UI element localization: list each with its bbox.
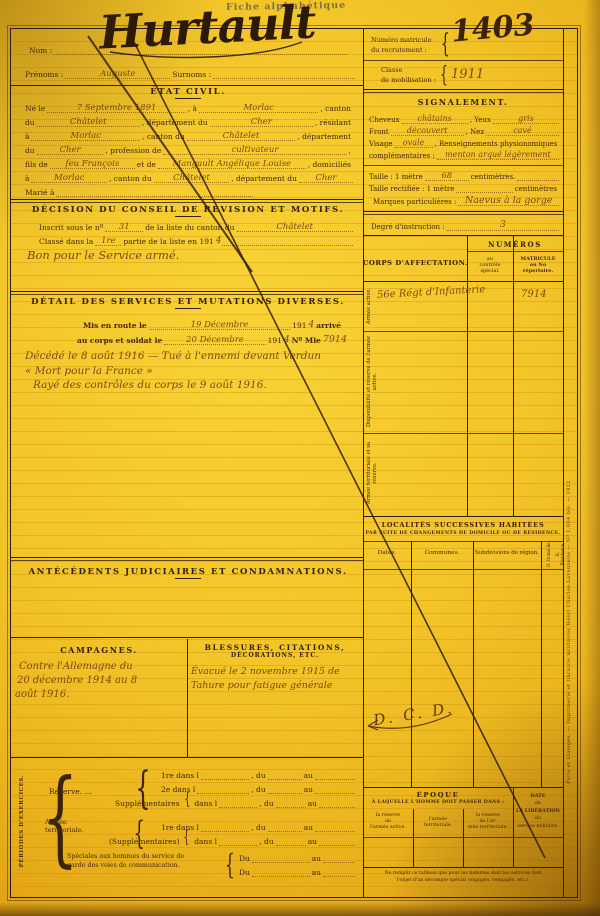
au-label: au <box>302 823 315 832</box>
du-label: , du <box>257 837 275 846</box>
divider <box>11 291 363 292</box>
right-column: Numéro matricule du recrutement : { 1403… <box>363 29 563 897</box>
divider <box>11 202 363 203</box>
taille2-line <box>456 192 512 193</box>
r1-label: 1re dans l <box>159 771 201 780</box>
visage-label: Visage <box>367 140 395 148</box>
prenoms-value: Auguste <box>65 70 170 80</box>
classe-label-2: de mobilisation : <box>381 76 436 86</box>
t2-line <box>219 845 257 846</box>
etat-civil-section: ÉTAT CIVIL. Né le 7 Septembre 1891 , à M… <box>23 87 353 197</box>
front-row: Front découvert , Nez cavé <box>367 125 559 136</box>
antecedents-section: ANTÉCÉDENTS JUDICIAIRES ET CONDAMNATIONS… <box>23 567 353 579</box>
r1-du-line <box>268 779 302 780</box>
communes-header: Communes. <box>411 550 473 557</box>
route-line: Mis en route le 19 Décembre 191 4 arrivé <box>81 315 343 330</box>
decision-line2: Classé dans la 1re partie de la liste en… <box>37 232 353 246</box>
campagne-entry-1: Contre l'Allemagne du <box>19 662 187 672</box>
residence-commune: Morlac <box>31 132 140 142</box>
surname-signature: Hurtault <box>98 0 316 56</box>
r2-line <box>197 793 249 794</box>
matricule-number: 1403 <box>450 10 536 47</box>
ec-l6-p2: , canton du <box>107 174 154 183</box>
route-label: Mis en route le <box>81 321 149 330</box>
blessure-entry-2: Tahure pour fatigue générale <box>191 681 363 691</box>
route-arrive: arrivé <box>314 321 343 330</box>
ec-line2: du Châtelet , département du Cher , rési… <box>23 113 353 127</box>
taille-value: 68 <box>425 172 469 182</box>
marques-row: Marques particulières : Naevus à la gorg… <box>371 194 559 206</box>
periodes-section: PÉRIODES D'EXERCICES. { Réserve. ... { 1… <box>11 757 363 897</box>
mat-header-3: répertoire. <box>513 268 563 274</box>
cheveux-value: châtains <box>402 115 468 124</box>
matricule-label-2: du recrutement : <box>371 46 432 56</box>
r3-label: dans l <box>192 799 219 808</box>
marie-line <box>56 196 253 197</box>
printer-imprint: Paris et Limoges. — Imprimerie et librai… <box>567 416 573 846</box>
birth-departement: Cher <box>210 118 313 128</box>
au-label: au <box>306 837 319 846</box>
du-label: , du <box>257 799 275 808</box>
t1-line <box>201 831 249 832</box>
ep-c4-l3: LA LIBÉRATION <box>513 808 563 815</box>
ec-l3-p3: , département <box>295 132 353 141</box>
divider <box>11 560 363 561</box>
reserve-label: Réserve. ... <box>47 787 94 796</box>
r3-au-line <box>319 807 355 808</box>
residence-departement: Cher <box>37 146 104 156</box>
decision-line1: Inscrit sous le nº 31 de la liste du can… <box>37 217 353 232</box>
death-note: Décédé le 8 août 1916 — Tué à l'ennemi d… <box>25 351 353 362</box>
s1-line <box>252 862 310 863</box>
territoriale-group-label: Armée territoriale et sa réserve. <box>366 433 378 513</box>
decision-title: DÉCISION DU CONSEIL DE REVISION ET MOTIF… <box>23 205 353 215</box>
localites-col-3 <box>541 541 542 787</box>
parents-departement: Cher <box>299 174 353 184</box>
du-label: , du <box>249 785 267 794</box>
ec-l3-p1: à <box>23 132 31 141</box>
ep-c4-l4: du <box>513 815 563 822</box>
complementaires-value: menton arqué légèrement <box>437 151 559 160</box>
localites-col-1 <box>411 541 412 787</box>
au-label: au <box>306 799 319 808</box>
etat-civil-title: ÉTAT CIVIL. <box>23 87 353 97</box>
r3-du-line <box>276 807 306 808</box>
dc-l1-p1: Inscrit sous le nº <box>37 223 105 232</box>
speciales-label-2: garde des voies de communication. <box>67 862 184 871</box>
birth-date: 7 Septembre 1891 <box>47 104 186 114</box>
instruction-label: Degré d'instruction : <box>369 223 447 231</box>
armee-active-group-label: Armée active. <box>366 283 372 329</box>
localites-subtitle: PAR SUITE DE CHANGEMENTS DE DOMICILE OU … <box>363 531 563 537</box>
ec-l2-p1: du <box>23 118 37 127</box>
reserve-row-3: Supplémentaires { dans l , du au <box>113 797 355 808</box>
surnoms-line <box>213 78 355 79</box>
campagnes-title: CAMPAGNES. <box>11 645 187 655</box>
nez-value: cavé <box>486 127 559 136</box>
localites-col-2 <box>473 541 474 787</box>
divider <box>363 235 563 236</box>
parents-canton: Châtelet <box>154 174 230 184</box>
profession: cultivateur <box>163 146 346 156</box>
liberation-header: DATE de LA LIBÉRATION du service militai… <box>513 793 563 830</box>
domicile-header: D. Domicile. <box>546 541 551 567</box>
supplementaires2-label: (Supplémentaires) <box>107 837 181 846</box>
r3-line <box>219 807 257 808</box>
ec-line3: à Morlac , canton du Châtelet , départem… <box>23 127 353 141</box>
ctrl-header-3: spécial. <box>467 268 513 274</box>
yeux-label: , Yeux <box>468 116 493 124</box>
cm-label: centimètres. <box>469 173 518 181</box>
ec-line1: Né le 7 Septembre 1891 , à Morlac , cant… <box>23 99 353 113</box>
ec-l4-p2: , profession de <box>103 146 163 155</box>
t1-au-line <box>315 831 355 832</box>
cheveux-label: Cheveux <box>367 116 402 124</box>
ec-line5: fils de feu François et de Mangault Angé… <box>23 155 353 169</box>
divider <box>11 637 363 638</box>
classe-value: 1911 <box>451 67 484 82</box>
divider <box>363 211 563 212</box>
ec-l1-p3: , canton <box>318 104 353 113</box>
divider <box>363 787 563 788</box>
s2-line <box>252 876 310 877</box>
ec-l2-p2: , département du <box>140 118 210 127</box>
controle-special-header: au contrôle spécial. <box>467 256 513 274</box>
divider <box>363 569 563 570</box>
complementaires-label: complémentaires : <box>367 152 437 160</box>
speciales-brace: { <box>225 851 235 879</box>
right-inner-border <box>563 29 564 897</box>
dates-header: Dates. <box>363 550 411 557</box>
campagnes-blessures-section: CAMPAGNES. Contre l'Allemagne du 20 déce… <box>11 639 363 757</box>
instruction-value: 3 <box>447 221 559 231</box>
divider <box>467 251 563 252</box>
au-label: au <box>302 771 315 780</box>
s1-au-line <box>323 862 355 863</box>
dc-l2-p1: Classé dans la <box>37 237 95 246</box>
route-date: 19 Décembre <box>149 321 290 331</box>
corps-label: au corps et soldat le <box>75 336 164 345</box>
corps-col-divider-1 <box>467 235 468 516</box>
ec-l3-p2: , canton du <box>140 132 187 141</box>
r2-label: 2e dans l <box>159 785 197 794</box>
classe-brace: { <box>440 65 448 87</box>
t2-au-line <box>319 845 355 846</box>
parents-commune: Morlac <box>31 174 107 184</box>
ec-l4-p3: , <box>347 146 353 155</box>
blessures-title-2: DÉCORATIONS, ETC. <box>187 652 363 659</box>
small-brace: { <box>184 829 190 846</box>
mort-pour-la-france: « Mort pour la France » <box>25 366 353 377</box>
divider <box>363 516 563 517</box>
front-label: Front <box>367 128 391 136</box>
title-rule <box>175 308 201 309</box>
r1-line <box>201 779 249 780</box>
r2-du-line <box>268 793 302 794</box>
visage-row: Visage ovale , Renseignements physionomi… <box>367 137 559 148</box>
scanned-military-record-fiche: Fiche alphabétique Nom : Hurtault Prénom… <box>0 0 600 916</box>
marques-value: Naevus à la gorge <box>458 196 559 207</box>
title-rule <box>175 578 201 579</box>
ec-l2-p3: , résidant <box>313 118 353 127</box>
matricule-brace: { <box>441 31 450 57</box>
decision-verdict: Bon pour le Service armé. <box>27 250 353 262</box>
ep-c1-l3: l'armée active. <box>363 825 413 831</box>
ec-line4: du Cher , profession de cultivateur , <box>23 141 353 155</box>
corps-table-title: CORPS D'AFFECTATION. <box>363 259 467 267</box>
campagne-entry-2: 20 décembre 1914 au 8 <box>17 676 187 686</box>
at-label-2: territoriale. <box>45 827 83 835</box>
yeux-value: gris <box>493 115 559 124</box>
list-part: 1re <box>95 237 121 247</box>
ep-c4-l1: DATE <box>513 793 563 800</box>
divider <box>11 294 363 295</box>
t2-du-line <box>276 845 306 846</box>
divider <box>363 541 563 542</box>
Du-label: Du <box>237 854 252 863</box>
taille2-label: Taille rectifiée : 1 mètre <box>367 185 456 193</box>
services-section: DÉTAIL DES SERVICES ET MUTATIONS DIVERSE… <box>23 297 353 391</box>
services-title: DÉTAIL DES SERVICES ET MUTATIONS DIVERSE… <box>23 297 353 307</box>
ep-c4-l5: service militaire. <box>513 823 563 830</box>
divider <box>11 199 363 200</box>
territoriale-row-2: (Supplémentaires) { dans l , du au <box>107 835 355 846</box>
divider <box>363 214 563 215</box>
r1-au-line <box>315 779 355 780</box>
footnote-line-1: Ne remplir ce tableau que pour les homme… <box>363 871 563 877</box>
r2-au-line <box>315 793 355 794</box>
birth-commune: Morlac <box>199 104 318 114</box>
prenoms-label: Prénoms : <box>23 70 65 79</box>
matricule-label: Numéro matricule du recrutement : <box>371 36 432 56</box>
renseignements-label: , Renseignements physionomiques <box>433 140 560 148</box>
birth-canton: Châtelet <box>37 118 140 128</box>
marie-row: Marié à <box>23 183 253 197</box>
ep-c4-l2: de <box>513 800 563 807</box>
divider <box>363 281 563 282</box>
periodes-side-label: PÉRIODES D'EXERCICES. <box>19 769 26 873</box>
dc-l1-p2: de la liste du canton du <box>143 223 236 232</box>
matricule-label-1: Numéro matricule <box>371 36 432 46</box>
t2-label: dans l <box>192 837 219 846</box>
au-label: au <box>310 868 323 877</box>
divider <box>363 837 563 838</box>
affectation-matricule: 7914 <box>521 289 546 300</box>
mother-name: Mangault Angélique Louise <box>158 160 306 170</box>
reserve-territoriale-header: la réserve de l'ar- mée territoriale. <box>463 813 513 830</box>
taille-row: Taille : 1 mètre 68 centimètres. <box>367 170 559 181</box>
corps-date: 20 Décembre <box>164 336 265 346</box>
corps-year: 191 <box>266 336 284 345</box>
list-canton: Châtelet <box>237 223 354 233</box>
armee-territoriale-header: l'armée territoriale. <box>413 817 463 829</box>
divider <box>363 60 563 61</box>
instruction-row: Degré d'instruction : 3 <box>369 220 559 231</box>
ec-l1-p1: Né le <box>23 104 47 113</box>
residence-header: R. Résidence. <box>555 541 565 567</box>
speciales-label: Spéciales aux hommes du service de garde… <box>67 853 184 871</box>
reserve-row-1: 1re dans l , du au <box>159 769 355 780</box>
Du-label: Du <box>237 868 252 877</box>
epoque-title-1: ÉPOQUE <box>363 791 513 799</box>
ec-l6-p3: , département du <box>229 174 299 183</box>
record-card: Nom : Hurtault Prénoms : Auguste Surnoms… <box>10 28 578 898</box>
matricule-repertoire-header: MATRICULE ou No répertoire. <box>513 256 563 274</box>
au-label: au <box>310 854 323 863</box>
ep-c3-l3: mée territoriale. <box>463 825 513 831</box>
complementaires-row: complémentaires : menton arqué légèremen… <box>367 149 559 160</box>
subdivisions-header: Subdivisions de région. <box>473 550 541 556</box>
divider <box>363 867 563 868</box>
main-column-divider <box>363 29 364 897</box>
localites-title: LOCALITÉS SUCCESSIVES HABITÉES <box>363 521 563 529</box>
corps-col-divider-2 <box>513 235 514 516</box>
disponibilite-group-label: Disponibilité et réserve de l'armée acti… <box>366 333 378 430</box>
corps-matricule-value: 7914 <box>323 334 347 345</box>
divider <box>363 92 563 93</box>
visage-value: ovale <box>395 139 433 148</box>
campagne-entry-3: août 1916. <box>15 690 187 700</box>
marques-label: Marques particulières : <box>371 198 458 206</box>
decision-section: DÉCISION DU CONSEIL DE REVISION ET MOTIF… <box>23 205 353 262</box>
du-label: , du <box>249 823 267 832</box>
small-brace: { <box>184 791 190 808</box>
numeros-header: NUMÉROS <box>467 240 563 249</box>
divider <box>363 89 563 90</box>
s2-au-line <box>323 876 355 877</box>
list-number: 31 <box>105 223 143 233</box>
blessure-entry-1: Évacué le 2 novembre 1915 de <box>191 667 363 677</box>
ec-l5-p3: , domiciliés <box>306 160 353 169</box>
campagnes-col: CAMPAGNES. Contre l'Allemagne du 20 déce… <box>11 645 187 700</box>
nom-label: Nom : <box>27 46 54 55</box>
classe-label: Classe de mobilisation : <box>381 66 436 86</box>
footnote-line-2: l'objet d'un décompte spécial (engagés, … <box>363 878 563 884</box>
corps-matricule-label: Nº Mle <box>290 336 323 345</box>
affectation-unit: 56e Régt d'Infanterie <box>377 284 486 301</box>
front-value: découvert <box>391 127 464 136</box>
supplementaires-label: Supplémentaires <box>113 799 182 808</box>
father-name: feu François <box>50 160 135 170</box>
right-edge-shade <box>584 0 600 916</box>
route-year: 191 <box>290 321 308 330</box>
dc-l2-p2: partie de la liste en 191 <box>121 237 215 246</box>
speciales-row-1: Du au <box>237 853 355 863</box>
cm2-label: centimètres <box>513 185 559 193</box>
speciales-label-1: Spéciales aux hommes du service de <box>67 853 184 862</box>
classe-label-1: Classe <box>381 66 436 76</box>
au-label: au <box>302 785 315 794</box>
divider <box>363 165 563 166</box>
signalement-title: SIGNALEMENT. <box>363 97 563 107</box>
group-divider <box>363 331 563 332</box>
ec-l5-p2: et de <box>135 160 158 169</box>
ec-l6-p1: à <box>23 174 31 183</box>
dc-l2-line <box>222 245 354 246</box>
antecedents-title: ANTÉCÉDENTS JUDICIAIRES ET CONDAMNATIONS… <box>23 567 353 577</box>
t1-label: 1re dans l <box>159 823 201 832</box>
ec-l4-p1: du <box>23 146 37 155</box>
speciales-row-2: Du au <box>237 867 355 877</box>
nez-label: , Nez <box>464 128 486 136</box>
epoque-title-2: À LAQUELLE L'HOMME DOIT PASSER DANS : <box>363 800 513 806</box>
prenoms-row: Prénoms : Auguste Surnoms : <box>23 67 355 79</box>
taille-label: Taille : 1 mètre <box>367 173 425 181</box>
blessures-title-1: BLESSURES, CITATIONS, <box>187 643 363 652</box>
bottom-edge-shade <box>0 902 600 916</box>
divider <box>11 85 363 86</box>
blessures-col: BLESSURES, CITATIONS, DÉCORATIONS, ETC. … <box>187 643 363 690</box>
du-label: , du <box>249 771 267 780</box>
ep-c2-l2: territoriale. <box>413 823 463 829</box>
divider <box>11 557 363 558</box>
residence-canton: Châtelet <box>187 132 296 142</box>
raye-des-controles: Rayé des contrôles du corps le 9 août 19… <box>33 380 353 391</box>
surnoms-label: Surnoms : <box>170 70 213 79</box>
ec-line6: à Morlac , canton du Châtelet , départem… <box>23 169 353 183</box>
ec-l5-p1: fils de <box>23 160 50 169</box>
reserve-active-header: la réserve de l'armée active. <box>363 813 413 830</box>
corps-line: au corps et soldat le 20 Décembre 191 4 … <box>75 330 347 345</box>
ec-l1-p2: , à <box>186 104 199 113</box>
marie-label: Marié à <box>23 188 56 197</box>
group-divider <box>363 433 563 434</box>
taille-line <box>517 180 559 181</box>
taille-rectifiee-row: Taille rectifiée : 1 mètre centimètres <box>367 182 559 193</box>
t1-du-line <box>268 831 302 832</box>
armee-territoriale-label: Armée territoriale. <box>45 819 83 835</box>
cheveux-row: Cheveux châtains , Yeux gris <box>367 113 559 124</box>
